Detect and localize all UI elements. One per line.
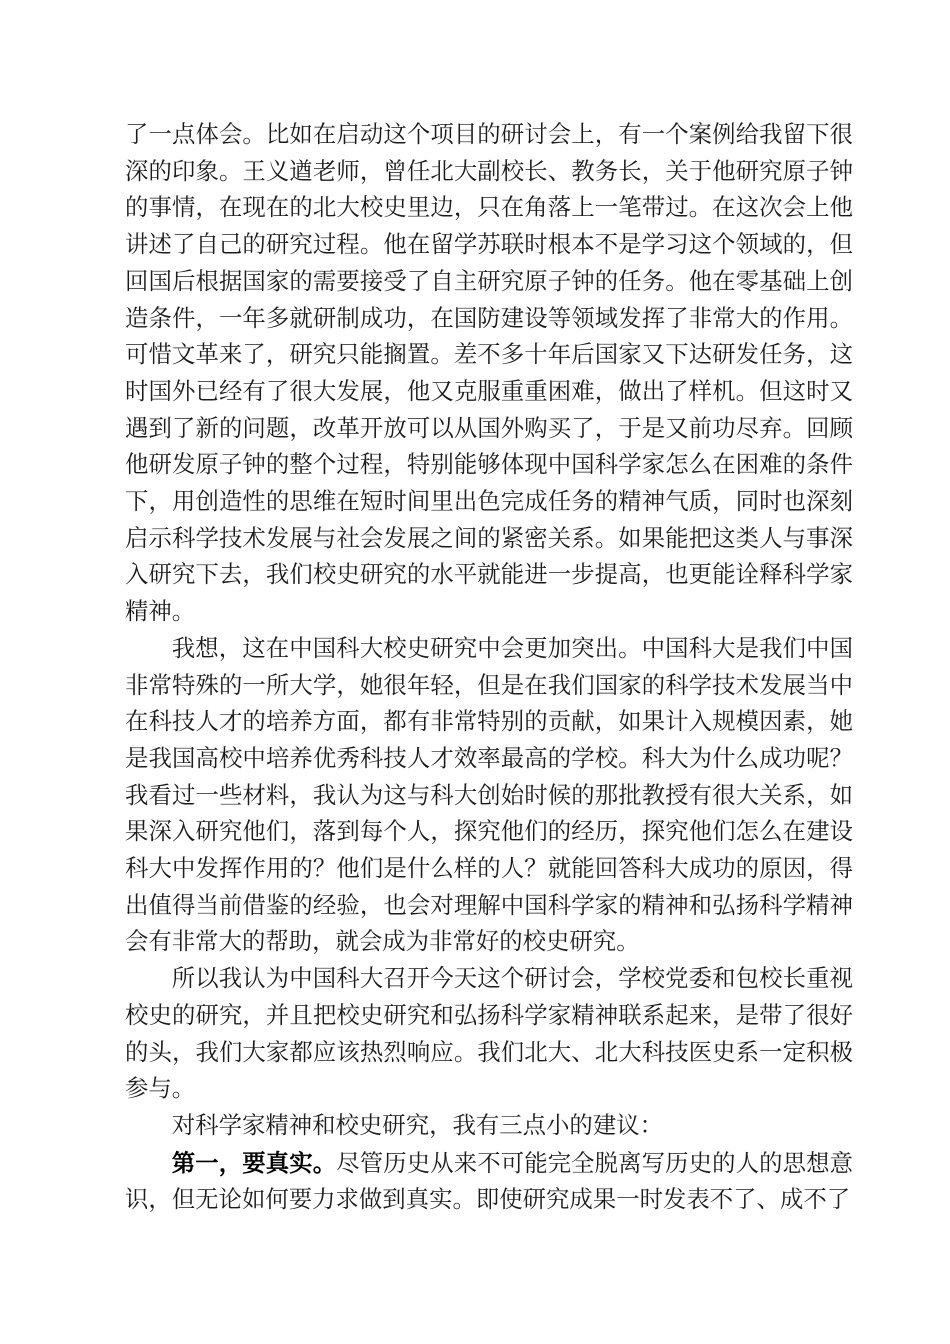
- paragraph-symposium-response: 所以我认为中国科大召开今天这个研讨会，学校党委和包校长重视校史的研究，并且把校史…: [125, 961, 853, 1108]
- paragraph-suggestions-intro: 对科学家精神和校史研究，我有三点小的建议：: [125, 1108, 853, 1145]
- paragraph-suggestion-one: 第一，要真实。尽管历史从来不可能完全脱离写历史的人的思想意识，但无论如何要力求做…: [125, 1145, 853, 1219]
- paragraph-atomic-clock-story: 了一点体会。比如在启动这个项目的研讨会上，有一个案例给我留下很深的印象。王义遒老…: [125, 117, 853, 631]
- document-page: 了一点体会。比如在启动这个项目的研讨会上，有一个案例给我留下很深的印象。王义遒老…: [0, 0, 950, 1344]
- paragraph-ustc-history: 我想，这在中国科大校史研究中会更加突出。中国科大是我们中国非常特殊的一所大学，她…: [125, 631, 853, 961]
- bold-lead-first-suggestion: 第一，要真实。: [172, 1150, 336, 1176]
- document-body: 了一点体会。比如在启动这个项目的研讨会上，有一个案例给我留下很深的印象。王义遒老…: [125, 117, 853, 1219]
